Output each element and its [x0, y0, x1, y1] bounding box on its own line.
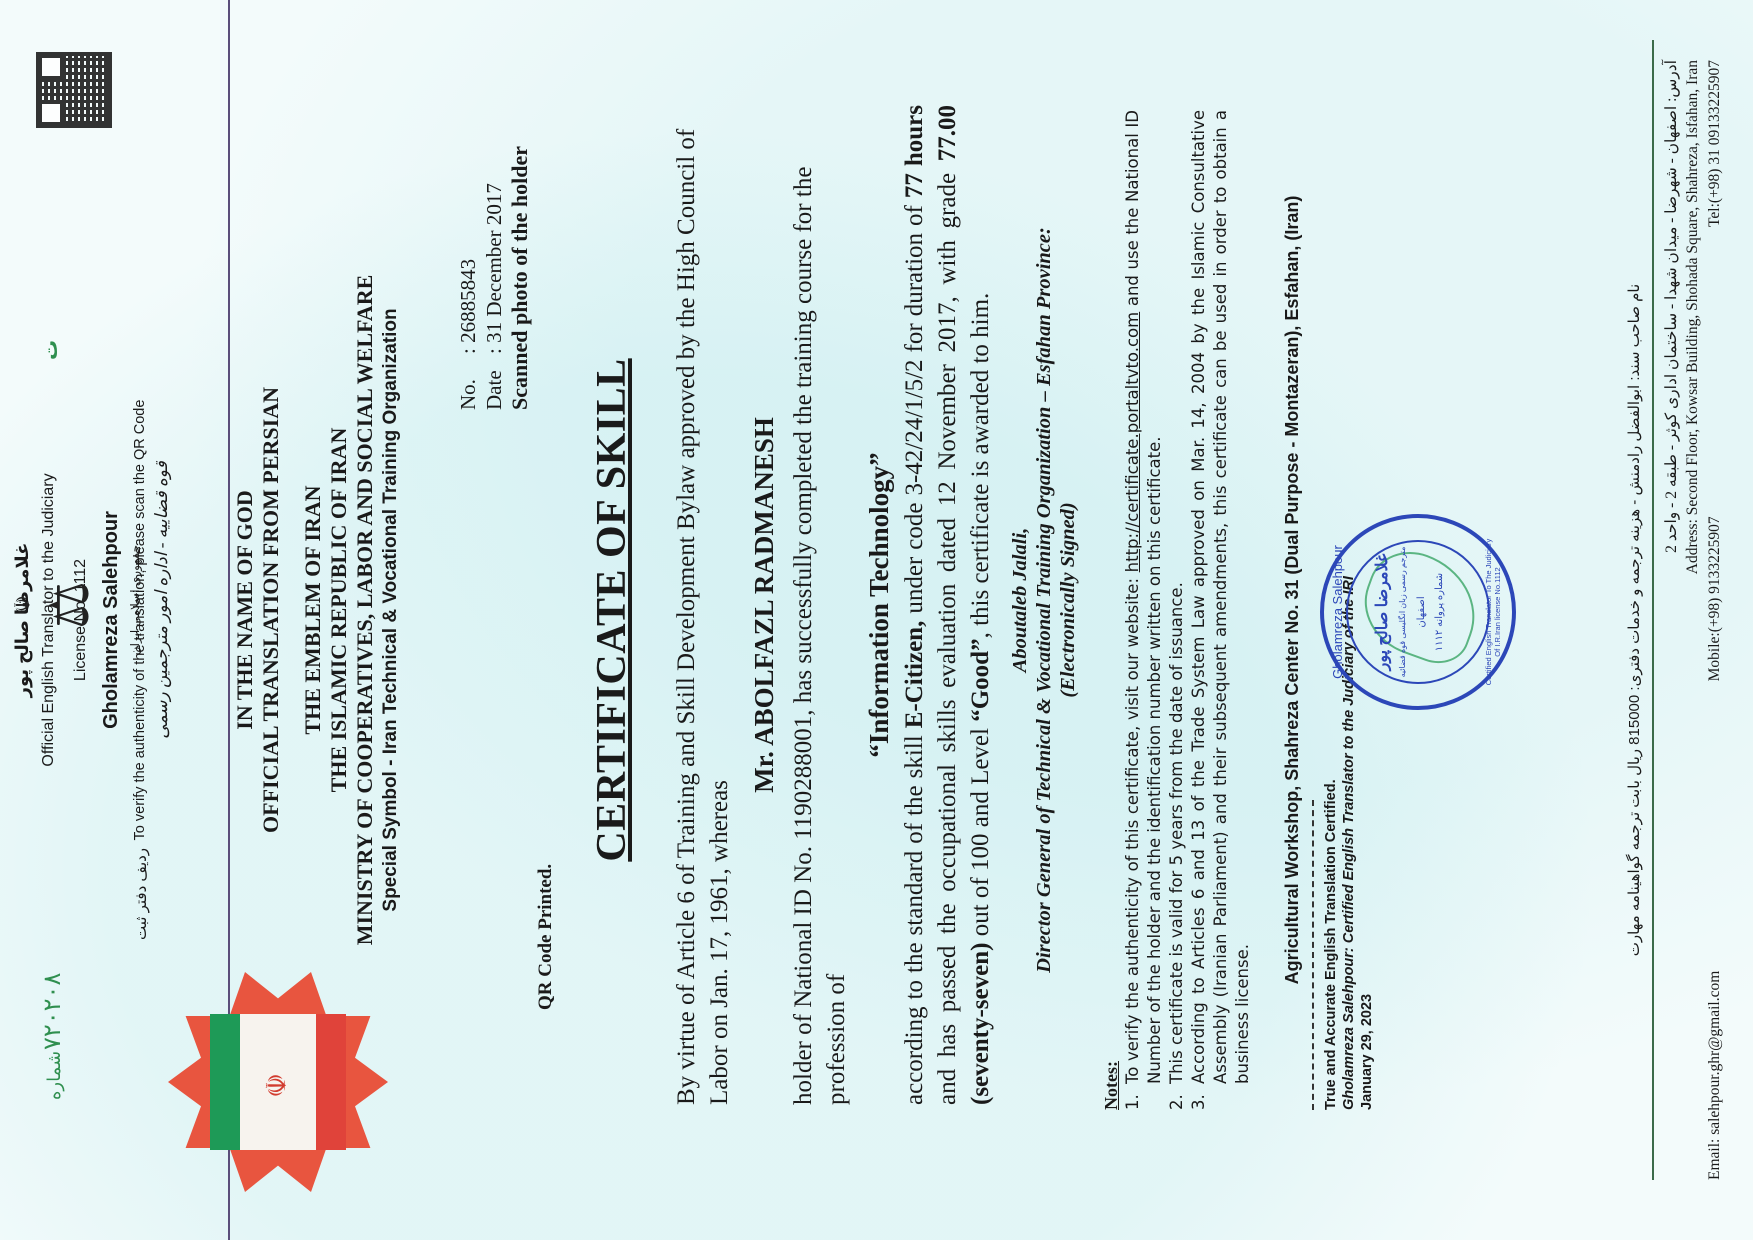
notes-heading: Notes:: [1100, 110, 1122, 1110]
footer-mobile: Mobile:(+98) 9133225907: [1706, 516, 1724, 681]
header-line-republic: THE ISLAMIC REPUBLIC OF IRAN: [326, 220, 352, 1000]
qr-printed-note: QR Code Printed.: [535, 864, 557, 1010]
registration-ledger-label: ردیف دفتر ثبت: [132, 848, 150, 940]
signatory-note: (Electronically Signed): [1056, 110, 1080, 1090]
judiciary-caption-2: قوه قضاییه - اداره امور مترجمین رسمی: [152, 380, 172, 820]
qr-code-icon[interactable]: [36, 52, 112, 128]
signatory-name: Aboutaleb Jalali,: [1008, 110, 1032, 1090]
registration-number: ۷۲۰۲۰۸: [38, 973, 67, 1050]
profession: “Information Technology”: [863, 105, 896, 1105]
notes-list: 1.To verify the authenticity of this cer…: [1122, 110, 1254, 1110]
header-line-official-translation: OFFICIAL TRANSLATION FROM PERSIAN: [258, 260, 284, 960]
footer-fee-fa: نام صاحب سند: ابوالفضل رادمنش - هزینه تر…: [1625, 60, 1643, 1180]
note-item: 2.This certificate is valid for 5 years …: [1166, 110, 1188, 1110]
workshop-name: Agricultural Workshop, Shahreza Center N…: [1282, 90, 1303, 1090]
registration-series: ت: [38, 340, 63, 360]
certification-divider: [1312, 800, 1314, 1110]
footer-tel: Tel:(+98) 31 09133225907: [1706, 60, 1724, 227]
registration-number-label: شماره: [44, 1051, 65, 1100]
verification-link[interactable]: http://certificate.portaltvto.com: [1123, 312, 1142, 573]
note-item: 1.To verify the authenticity of this cer…: [1122, 110, 1166, 1110]
header-line-special-symbol: Special Symbol - Iran Technical & Vocati…: [378, 220, 404, 1000]
level: “Good”: [967, 638, 994, 721]
translator-stamp: Gholamreza Salehpour غلامرضا صالح پور مت…: [1320, 514, 1516, 710]
certificate-date: : 31 December 2017: [482, 183, 506, 354]
holder-photo-note: Scanned photo of the holder: [507, 146, 533, 410]
footer-contacts: Email: salehpour.ghr@gmail.com Mobile:(+…: [1706, 60, 1724, 1180]
certificate-number-label: No.: [455, 354, 481, 410]
certificate-page: غلامرضا صالح پور Official English Transl…: [0, 0, 1753, 1240]
holder-id-paragraph: holder of National ID No. 1190288001, ha…: [787, 105, 853, 1105]
header-line-in-the-name-of-god: IN THE NAME OF GOD: [232, 260, 258, 960]
course-hours: 77 hours: [901, 105, 928, 198]
note-item: 3.According to Articles 6 and 13 of the …: [1188, 110, 1254, 1110]
skill-name: E-Citizen,: [901, 621, 928, 729]
footer-email: Email: salehpour.ghr@gmail.com: [1706, 971, 1724, 1180]
iran-flag-icon: ☫: [168, 972, 388, 1192]
scales-of-justice-icon: ⚖: [40, 560, 140, 650]
header-line-emblem: THE EMBLEM OF IRAN: [300, 220, 326, 1000]
skill-paragraph: according to the standard of the skill E…: [898, 105, 997, 1105]
certificate-title: CERTIFICATE OF SKILL: [588, 310, 636, 910]
footer-address-fa: آدرس: اصفهان - شهرضا - میدان شهدا - ساخت…: [1662, 60, 1681, 1180]
iran-emblem-icon: ☫: [10, 570, 36, 640]
holder-name: Mr. ABOLFAZL RADMANESH: [748, 105, 781, 1105]
footer-address-en: Address: Second Floor, Kowsar Building, …: [1684, 60, 1702, 1180]
certificate-number: : 26885843: [456, 259, 480, 354]
header-line-ministry: MINISTRY OF COOPERATIVES, LABOR AND SOCI…: [352, 220, 378, 1000]
signatory-title: Director General of Technical & Vocation…: [1032, 110, 1056, 1090]
certificate-intro: By virtue of Article 6 of Training and S…: [670, 105, 736, 1105]
footer-divider: [1652, 40, 1654, 1180]
certificate-date-label: Date: [481, 354, 507, 410]
judiciary-caption-1: جمهوری اسلامی ایران: [128, 440, 142, 760]
